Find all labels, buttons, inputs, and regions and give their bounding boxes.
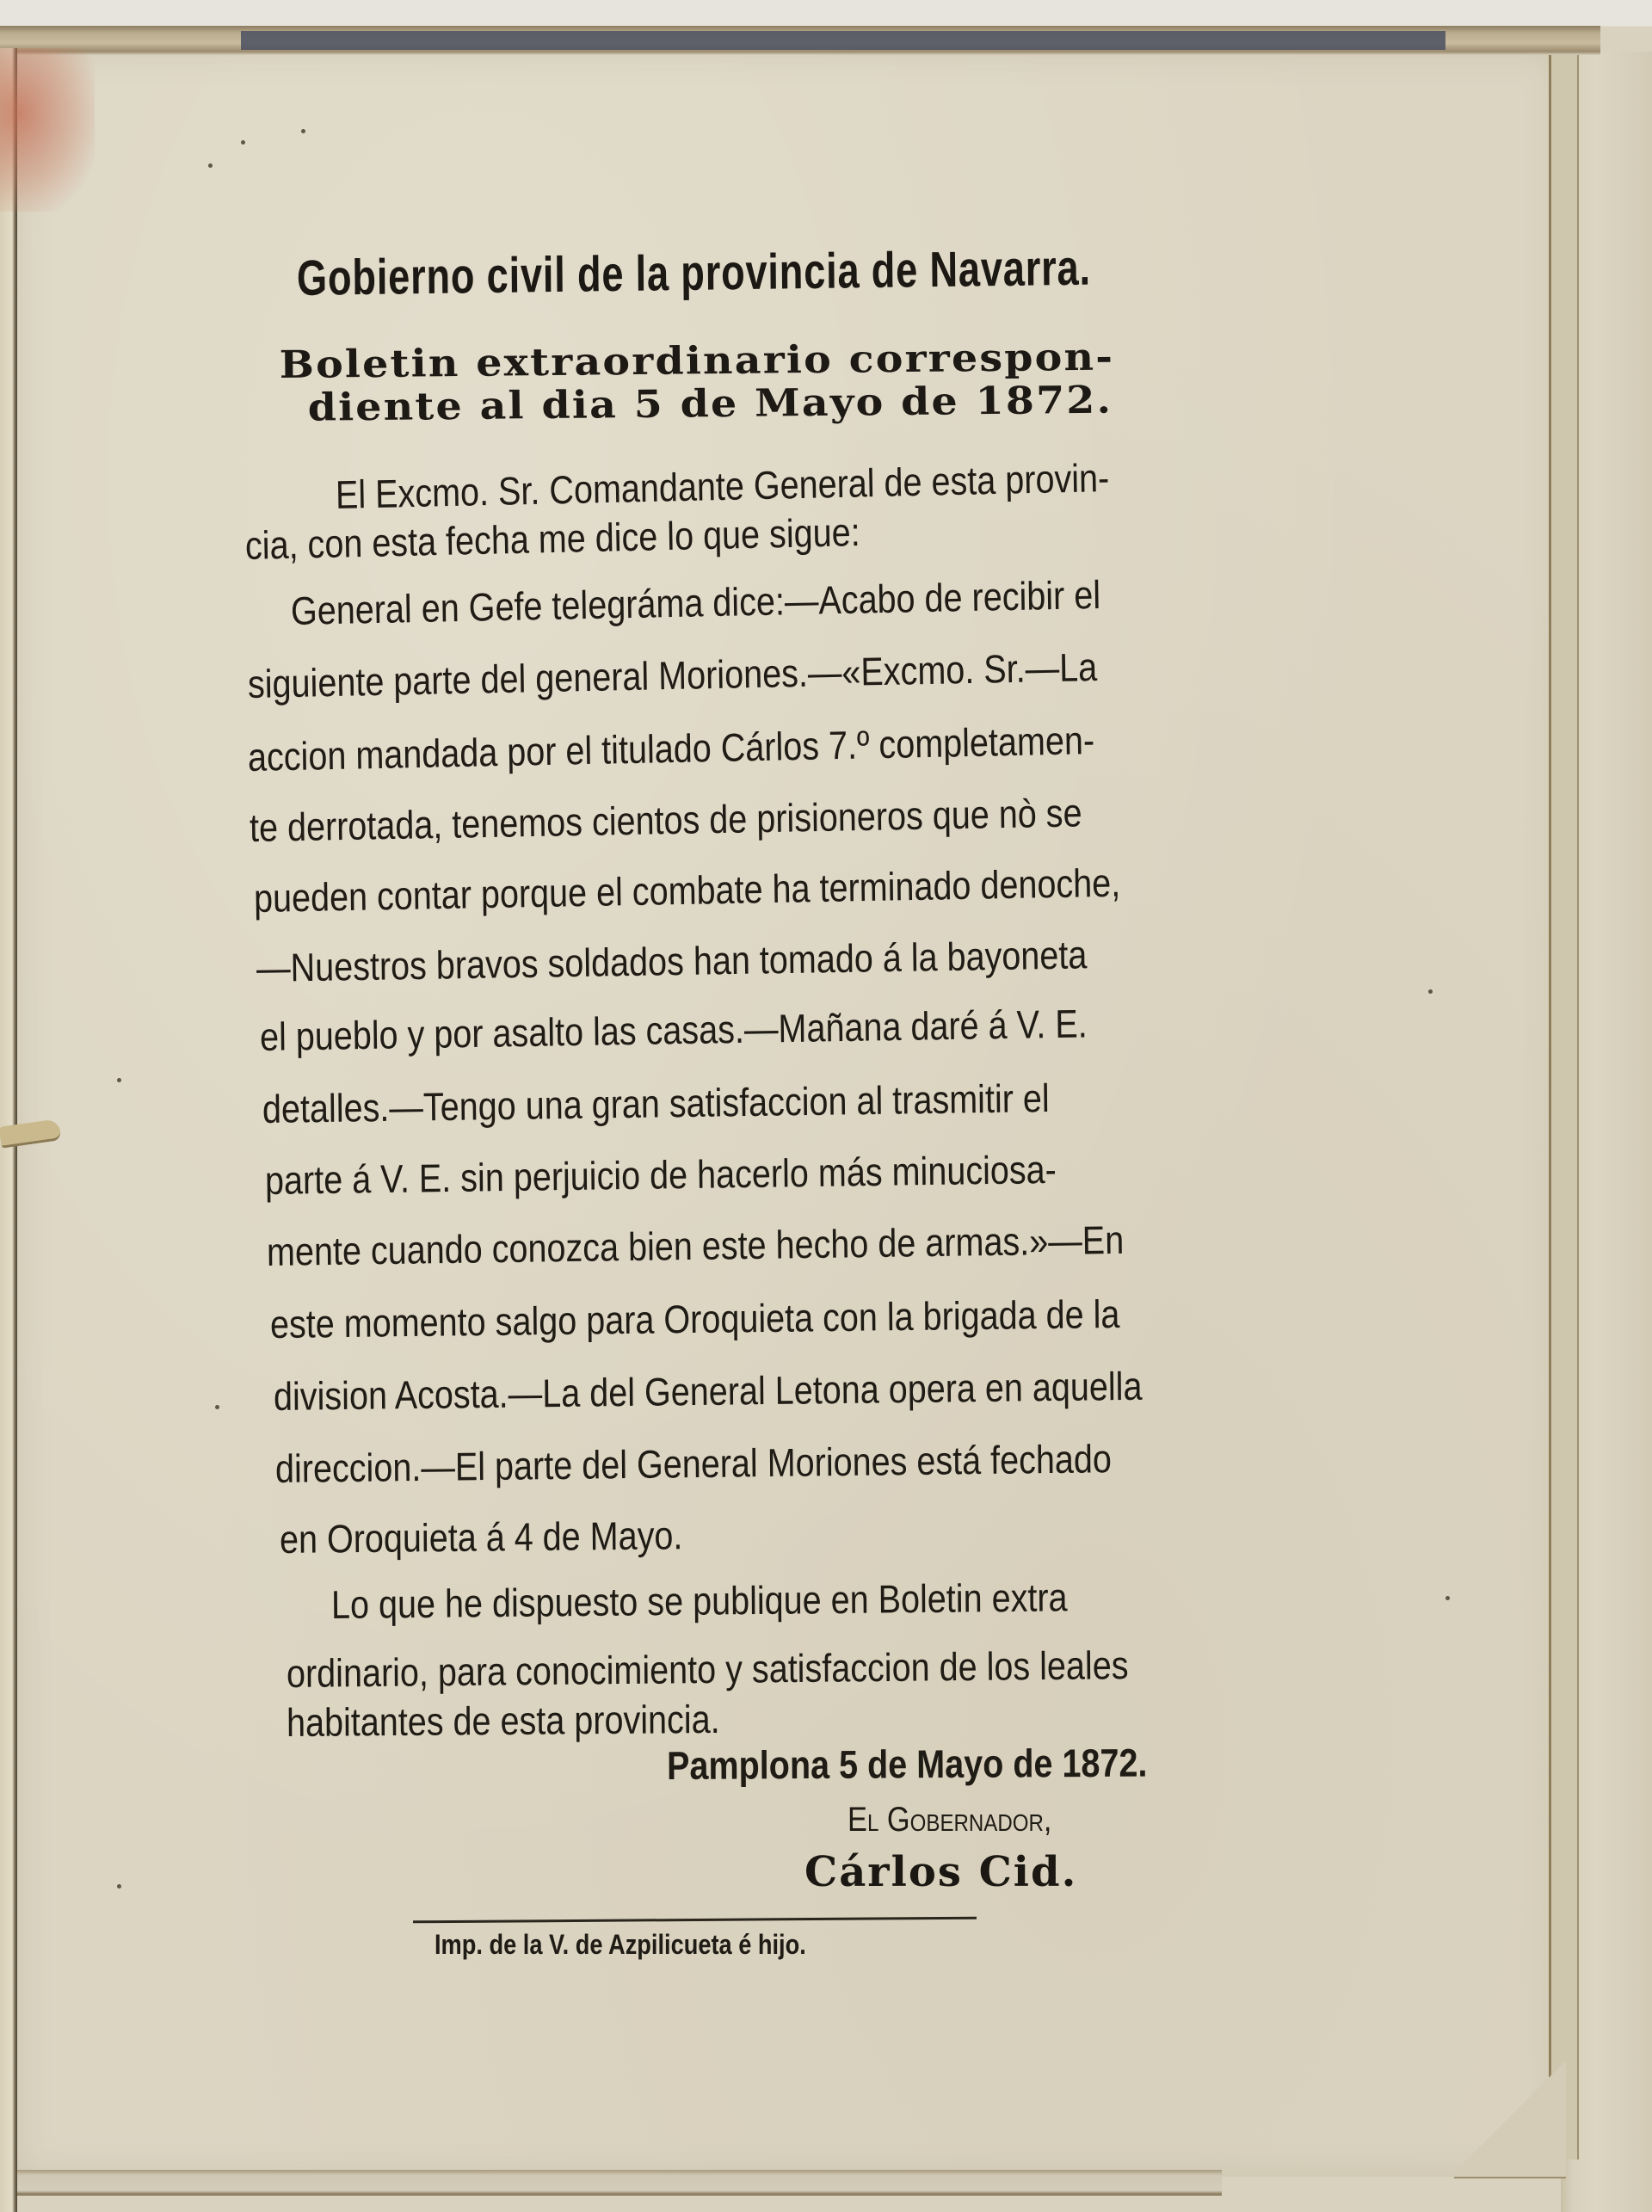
signatory-title: El Gobernador, <box>848 1801 1051 1839</box>
paper-speck <box>241 140 245 145</box>
printer-imprint: Imp. de la V. de Azpilicueta é hijo. <box>435 1929 806 1961</box>
backing-board-top <box>0 0 1652 26</box>
body-line: habitantes de esta provincia. <box>287 1696 720 1746</box>
binding-tape <box>241 31 1445 50</box>
folded-corner <box>1454 2056 1566 2178</box>
rust-stain <box>0 48 95 212</box>
paper-speck <box>215 1405 219 1409</box>
document-heading: Gobierno civil de la provincia de Navarr… <box>297 239 1069 307</box>
bulletin-subheading: Boletin extraordinario correspon- diente… <box>279 336 1115 430</box>
paper-speck <box>1445 1596 1450 1600</box>
place-date: Pamplona 5 de Mayo de 1872. <box>667 1740 1148 1789</box>
signatory-name: Cárlos Cid. <box>804 1848 1077 1896</box>
paper-speck <box>208 163 213 168</box>
paper-speck <box>117 1884 121 1889</box>
body-line: en Oroquieta á 4 de Mayo. <box>280 1512 683 1562</box>
paper-speck <box>301 129 305 133</box>
page-bottom-edge <box>17 2170 1222 2196</box>
body-line: ordinario, para conocimiento y satisfacc… <box>287 1642 1129 1697</box>
body-line: Lo que he dispuesto se publique en Bolet… <box>331 1574 1068 1628</box>
paper-speck <box>1428 989 1433 994</box>
subheading-line-2: diente al dia 5 de Mayo de 1872. <box>280 379 1115 430</box>
scanned-document: Gobierno civil de la provincia de Navarr… <box>0 0 1652 2212</box>
page-right-edge <box>1549 52 1579 2160</box>
paper-speck <box>117 1078 121 1082</box>
